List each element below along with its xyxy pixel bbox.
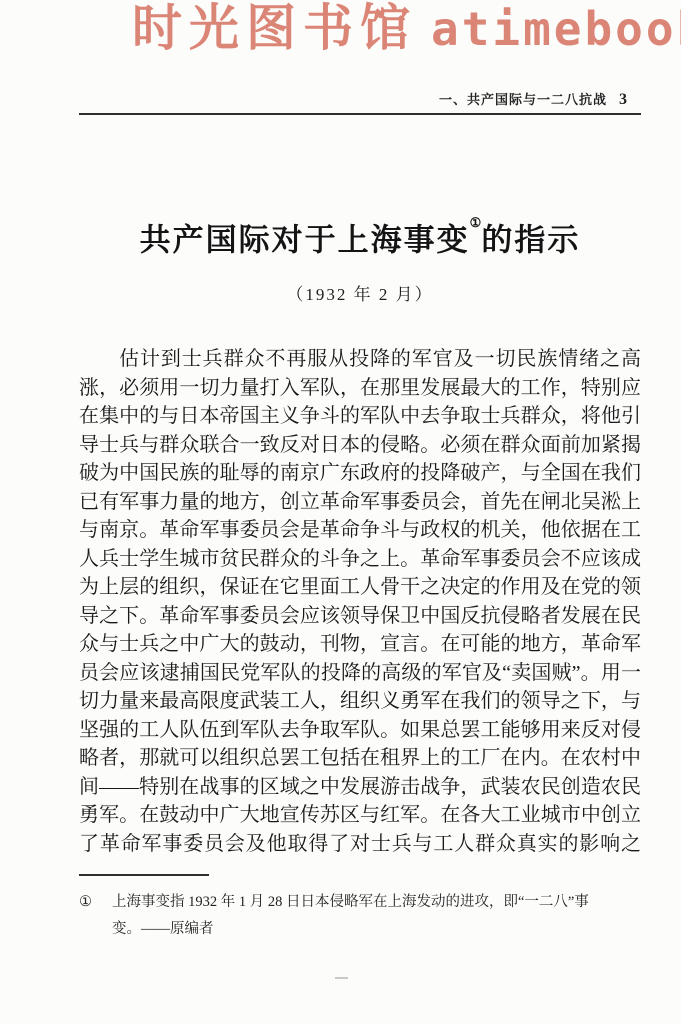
page-content: 一、共产国际与一二八抗战3 共产国际对于上海事变①的指示 （1932 年 2 月… bbox=[79, 0, 641, 943]
title-text-after-ref: 的指示 bbox=[481, 222, 580, 257]
body-line: 众与士兵之中广大的鼓动，刊物，宣言。在可能的地方，革命军事委 bbox=[79, 630, 641, 659]
body-line: 人兵士学生城市贫民群众的斗争之上。革命军事委员会不应该成 bbox=[79, 545, 641, 574]
header-rule bbox=[79, 113, 641, 115]
footnote-line: 上海事变指 1932 年 1 月 28 日日本侵略军在上海发动的进攻，即“一二八… bbox=[112, 889, 641, 916]
footnote-separator-rule bbox=[79, 874, 209, 876]
body-line: 在集中的与日本帝国主义争斗的军队中去争取士兵群众，将他引 bbox=[79, 402, 641, 431]
footnote-marker: ① bbox=[79, 889, 112, 943]
scan-artifact-dash bbox=[335, 977, 348, 979]
body-line: 估计到士兵群众不再服从投降的军官及一切民族情绪之高 bbox=[79, 345, 641, 374]
running-header: 一、共产国际与一二八抗战3 bbox=[79, 0, 641, 108]
document-title: 共产国际对于上海事变①的指示 bbox=[79, 217, 641, 258]
body-line: 勇军。在鼓动中广大地宣传苏区与红军。在各大工业城市中创立 bbox=[79, 801, 641, 830]
running-title: 一、共产国际与一二八抗战 bbox=[439, 92, 607, 107]
footnote: ① 上海事变指 1932 年 1 月 28 日日本侵略军在上海发动的进攻，即“一… bbox=[79, 889, 641, 943]
body-line: 破为中国民族的耻辱的南京广东政府的投降破产，与全国在我们 bbox=[79, 459, 641, 488]
body-paragraph: 估计到士兵群众不再服从投降的军官及一切民族情绪之高涨，必须用一切力量打入军队，在… bbox=[79, 345, 641, 858]
footnote-line: 变。——原编者 bbox=[112, 916, 641, 943]
scanned-book-page: 时光图书馆atimebook.com 一、共产国际与一二八抗战3 共产国际对于上… bbox=[0, 0, 681, 1024]
body-line: 略者，那就可以组织总罢工包括在租界上的工厂在内。在农村中 bbox=[79, 744, 641, 773]
body-line: 导士兵与群众联合一致反对日本的侵略。必须在群众面前加紧揭 bbox=[79, 431, 641, 460]
footnote-text: 上海事变指 1932 年 1 月 28 日日本侵略军在上海发动的进攻，即“一二八… bbox=[112, 889, 641, 943]
body-line: 涨，必须用一切力量打入军队，在那里发展最大的工作，特别应该 bbox=[79, 374, 641, 403]
title-text-before-ref: 共产国际对于上海事变 bbox=[140, 222, 470, 257]
body-line: 切力量来最高限度武装工人，组织义勇军在我们的领导之下，与派 bbox=[79, 687, 641, 716]
body-line: 为上层的组织，保证在它里面工人骨干之决定的作用及在党的领 bbox=[79, 573, 641, 602]
document-date: （1932 年 2 月） bbox=[79, 284, 641, 305]
body-line: 员会应该逮捕国民党军队的投降的高级的军官及“卖国贼”。用一 bbox=[79, 659, 641, 688]
page-number: 3 bbox=[619, 91, 627, 108]
body-line: 与南京。革命军事委员会是革命争斗与政权的机关，他依据在工 bbox=[79, 516, 641, 545]
footnote-reference-mark: ① bbox=[470, 215, 482, 230]
body-line: 已有军事力量的地方，创立革命军事委员会，首先在闸北吴淞上海 bbox=[79, 488, 641, 517]
body-line: 坚强的工人队伍到军队去争取军队。如果总罢工能够用来反对侵 bbox=[79, 716, 641, 745]
body-line: 了革命军事委员会及他取得了对士兵与工人群众真实的影响之后， bbox=[79, 830, 641, 859]
body-line: 导之下。革命军事委员会应该领导保卫中国反抗侵略者发展在民 bbox=[79, 602, 641, 631]
body-line: 间——特别在战事的区域之中发展游击战争，武装农民创造农民义 bbox=[79, 773, 641, 802]
